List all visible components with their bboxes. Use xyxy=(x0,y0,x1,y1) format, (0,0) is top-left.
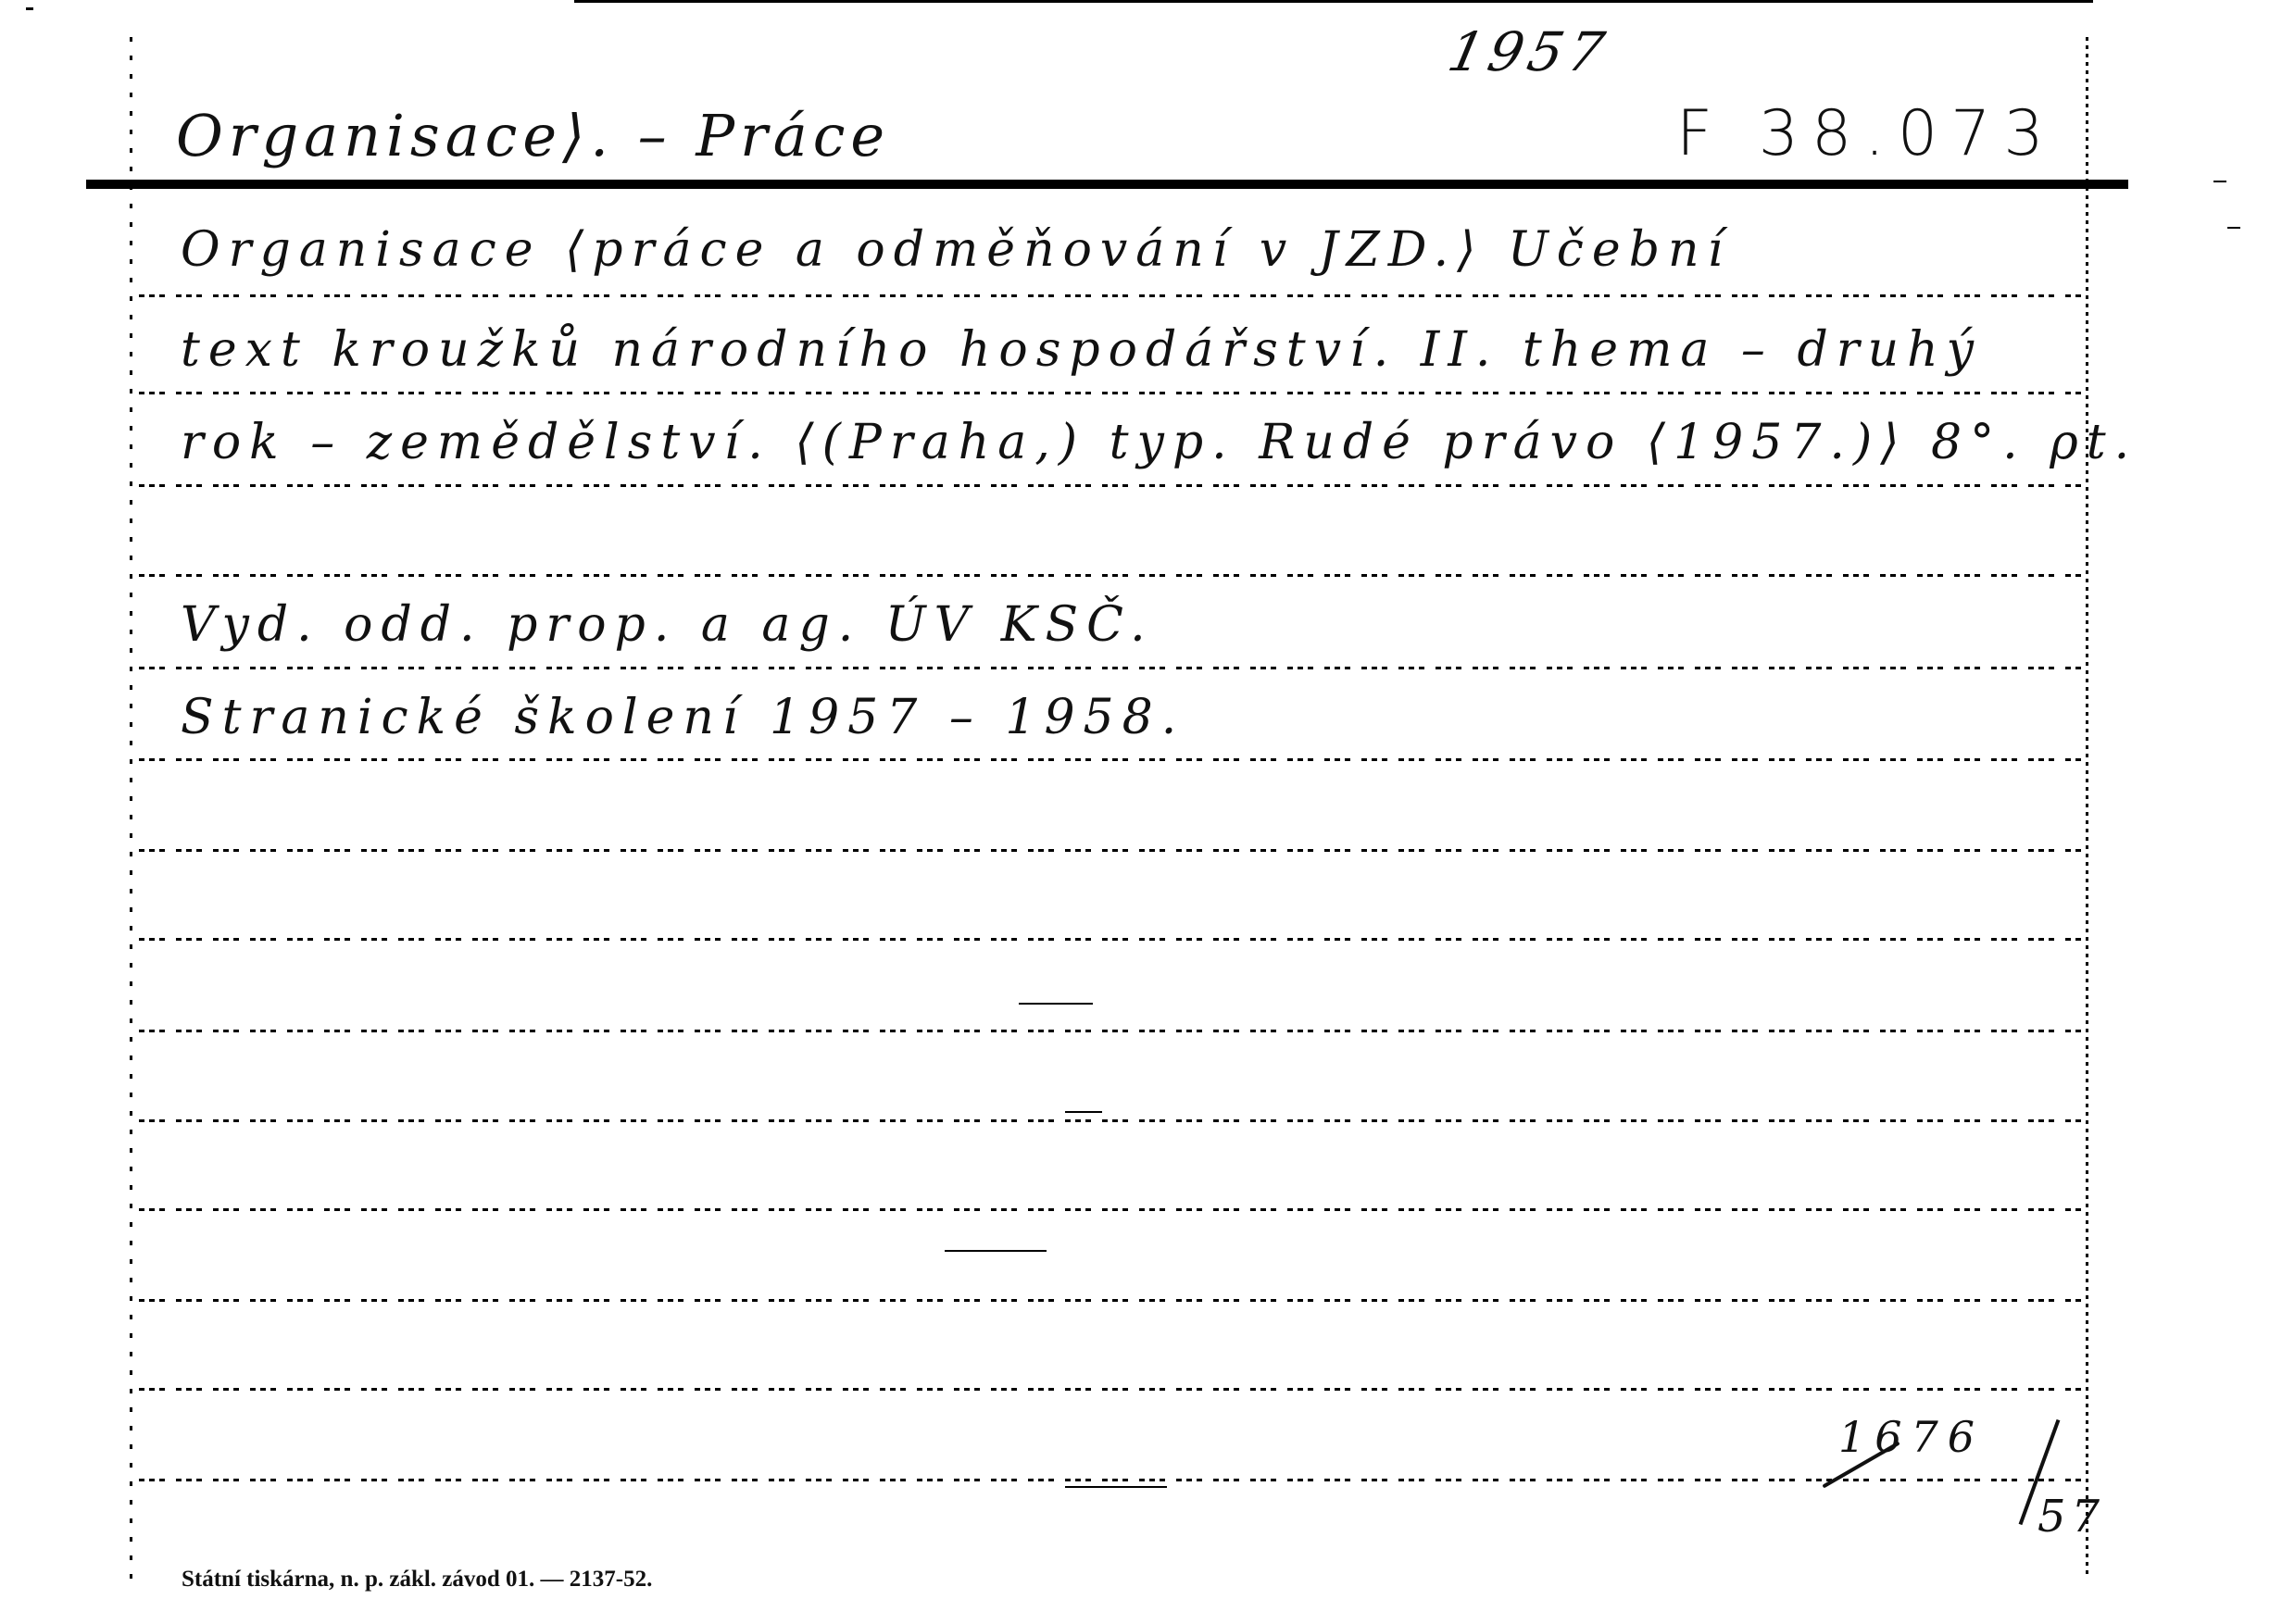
catalog-card: Organisace⟩. – Práce 1957 F 38.073 Organ… xyxy=(0,0,2282,1624)
card-top-edge xyxy=(574,0,2093,3)
corner-mark xyxy=(26,7,33,10)
ruled-line xyxy=(139,392,2084,394)
subject-heading: Organisace⟩. – Práce xyxy=(176,102,890,169)
ruled-line xyxy=(139,294,2084,297)
catalog-number-suffix: 57 xyxy=(2037,1491,2105,1543)
entry-line-series: Stranické školení 1957 – 1958. xyxy=(181,690,1185,745)
ruled-line xyxy=(139,1388,2084,1391)
ruled-line xyxy=(139,1119,2084,1122)
entry-line-imprint: rok – zemědělství. ⟨(Praha,) typ. Rudé p… xyxy=(181,415,2138,470)
left-dotted-border xyxy=(130,37,132,1593)
ruled-line xyxy=(139,1299,2084,1302)
year-annotation: 1957 xyxy=(1443,20,1615,83)
entry-line-title: Organisace ⟨práce a odměňování v JZD.⟩ U… xyxy=(181,222,1731,278)
scan-speck xyxy=(1065,1111,1102,1113)
scan-speck xyxy=(1019,1003,1093,1005)
ruled-line xyxy=(139,574,2084,577)
ruled-line xyxy=(139,1208,2084,1211)
scan-speck xyxy=(2213,181,2226,182)
ruled-line xyxy=(139,849,2084,852)
scan-speck xyxy=(1065,1486,1167,1488)
header-rule xyxy=(86,180,2128,189)
printer-imprint: Státní tiskárna, n. p. zákl. závod 01. —… xyxy=(182,1567,652,1593)
ruled-line xyxy=(139,758,2084,761)
ruled-line xyxy=(139,667,2084,669)
call-number: F 38.073 xyxy=(1676,97,2057,170)
right-dotted-border xyxy=(2086,37,2088,1574)
catalog-number-main: 1676 xyxy=(1838,1412,1984,1462)
ruled-line xyxy=(139,938,2084,941)
ruled-line xyxy=(139,1479,2084,1481)
scan-speck xyxy=(945,1250,1047,1252)
ruled-line xyxy=(139,1030,2084,1032)
scan-speck xyxy=(2227,227,2240,229)
ruled-line xyxy=(139,484,2084,487)
entry-line-publisher: Vyd. odd. prop. a ag. ÚV KSČ. xyxy=(181,597,1154,653)
entry-line-subtitle: text kroužků národního hospodářství. II.… xyxy=(181,322,1982,378)
